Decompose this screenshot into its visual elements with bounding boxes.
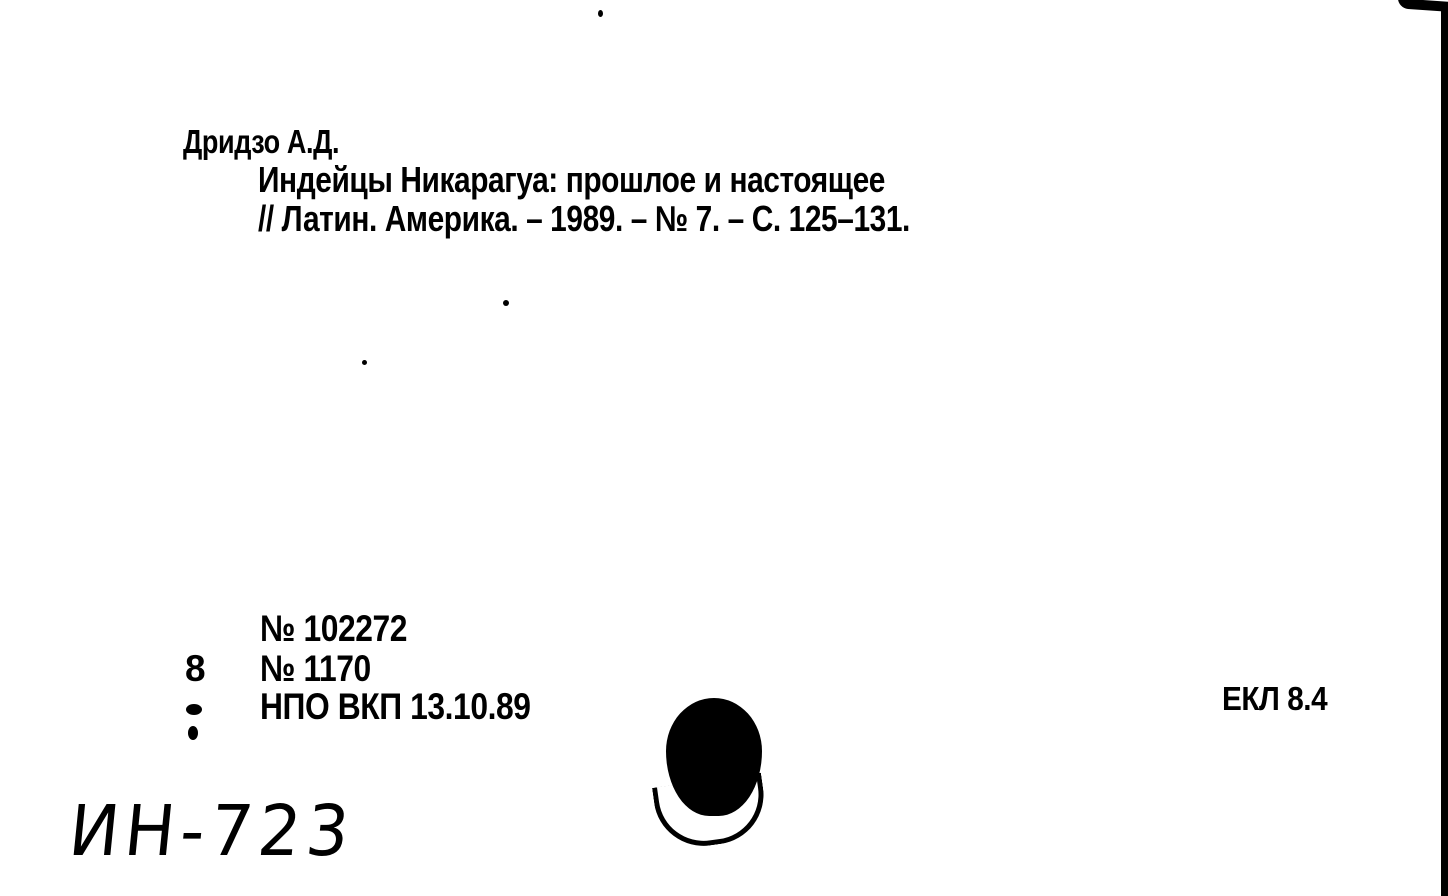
processing-stamp: НПО ВКП 13.10.89	[260, 686, 531, 728]
card-edge-right	[1441, 8, 1448, 896]
inventory-number-2: № 1170	[260, 648, 371, 690]
inventory-number-1: № 102272	[260, 608, 407, 650]
classification-code: ЕКЛ 8.4	[1222, 680, 1327, 718]
ink-blot	[188, 726, 198, 740]
shelf-mark: 8	[185, 648, 205, 690]
ink-speck	[598, 10, 603, 17]
publication-source: // Латин. Америка. – 1989. – № 7. – С. 1…	[258, 198, 910, 240]
publication-title: Индейцы Никарагуа: прошлое и настоящее	[258, 159, 885, 201]
handwritten-code: ИН-723	[65, 790, 358, 872]
ink-speck	[362, 360, 367, 365]
ink-speck	[503, 300, 509, 306]
card-punch-hole-rim	[652, 773, 770, 853]
catalog-card: Дридзо А.Д. Индейцы Никарагуа: прошлое и…	[0, 0, 1448, 896]
ink-blot	[186, 704, 202, 715]
author: Дридзо А.Д.	[183, 123, 339, 161]
